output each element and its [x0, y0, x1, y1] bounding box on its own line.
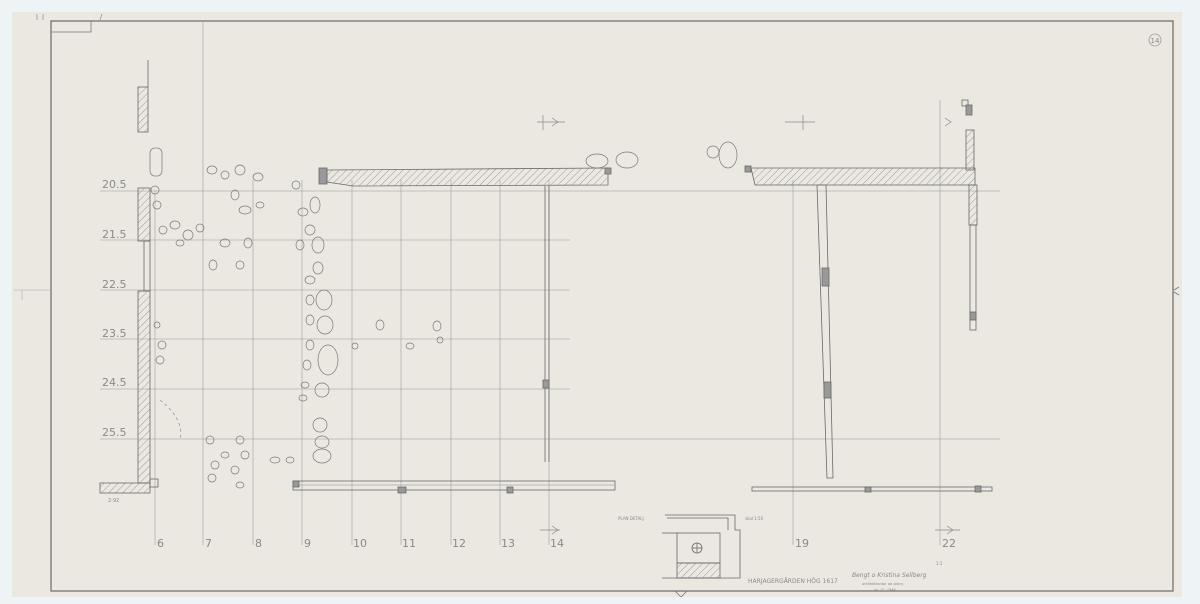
svg-text:10: 10	[353, 537, 367, 550]
svg-text:14: 14	[1151, 37, 1160, 45]
svg-text:av. 12. 1944: av. 12. 1944	[874, 588, 897, 592]
svg-text:19: 19	[795, 537, 809, 550]
svg-text:25.5: 25.5	[102, 426, 127, 439]
svg-text:9: 9	[304, 537, 311, 550]
svg-text:23.5: 23.5	[102, 327, 127, 340]
svg-text:PLAN DETALJ: PLAN DETALJ	[618, 516, 644, 521]
stone-clusters	[151, 142, 737, 488]
svg-text:14: 14	[550, 537, 564, 550]
svg-text:24.5: 24.5	[102, 376, 127, 389]
svg-text:2:92: 2:92	[108, 498, 119, 504]
north-wall-east	[745, 100, 977, 478]
svg-text:12: 12	[452, 537, 466, 550]
svg-text:8: 8	[255, 537, 262, 550]
svg-text:13: 13	[501, 537, 515, 550]
svg-text:1:1: 1:1	[936, 561, 943, 566]
svg-text:7: 7	[205, 537, 212, 550]
svg-text:22.5: 22.5	[102, 278, 127, 291]
row-labels: 20.5 21.5 22.5 23.5 24.5 25.5	[102, 178, 127, 439]
svg-text:20.5: 20.5	[102, 178, 127, 191]
site-plan-drawing: 14 20.5 21.5 22.5 23.5 24.5 25.5 6 7 8	[12, 12, 1182, 597]
svg-text:skal 1:50: skal 1:50	[745, 516, 764, 521]
title-block: HARJAGERGÅRDEN HÖG 1617 Bengt o Kristina…	[108, 498, 943, 592]
frame-ticks	[675, 287, 1179, 597]
svg-text:21.5: 21.5	[102, 228, 127, 241]
drawing-sheet: 14 20.5 21.5 22.5 23.5 24.5 25.5 6 7 8	[12, 12, 1182, 597]
svg-text:arkitektkontor ab skövy: arkitektkontor ab skövy	[862, 582, 903, 586]
sheet-frame	[14, 14, 1173, 591]
svg-text:22: 22	[942, 537, 956, 550]
grid-rows	[100, 191, 1000, 439]
north-wall-west	[319, 168, 611, 462]
south-wall	[293, 481, 992, 493]
svg-text:HARJAGERGÅRDEN HÖG 1617: HARJAGERGÅRDEN HÖG 1617	[748, 578, 838, 585]
svg-text:Bengt o Kristina Sellberg: Bengt o Kristina Sellberg	[852, 572, 927, 579]
inset-detail: PLAN DETALJ skal 1:50	[618, 515, 764, 578]
svg-text:6: 6	[157, 537, 164, 550]
sheet-number-badge: 14	[1149, 34, 1161, 46]
column-labels: 6 7 8 9 10 11 12 13 14 19 22	[157, 537, 956, 550]
svg-text:11: 11	[402, 537, 416, 550]
